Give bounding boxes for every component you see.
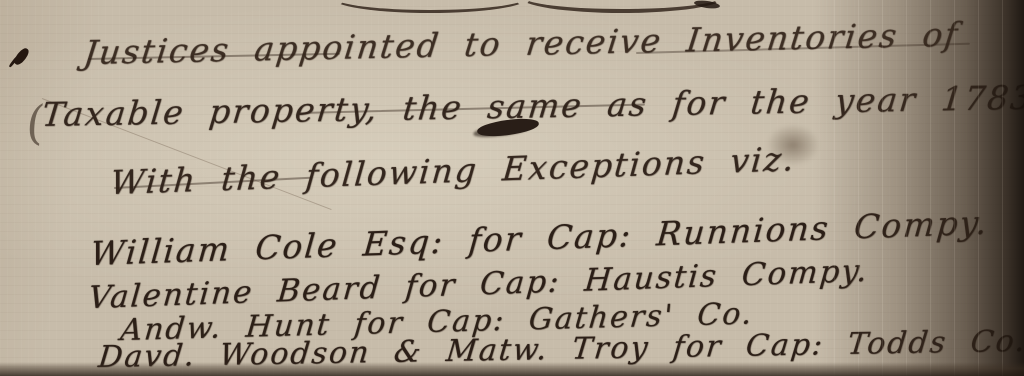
top-flourish-arc-left	[332, 0, 528, 13]
manuscript-line-3: With the following Exceptions viz.	[109, 142, 797, 199]
bottom-edge-shadow	[0, 362, 1024, 376]
manuscript-page: Justices appointed to receive Inventorie…	[0, 0, 1024, 376]
paper-streaks	[834, 0, 1024, 376]
ink-blot	[12, 46, 31, 67]
